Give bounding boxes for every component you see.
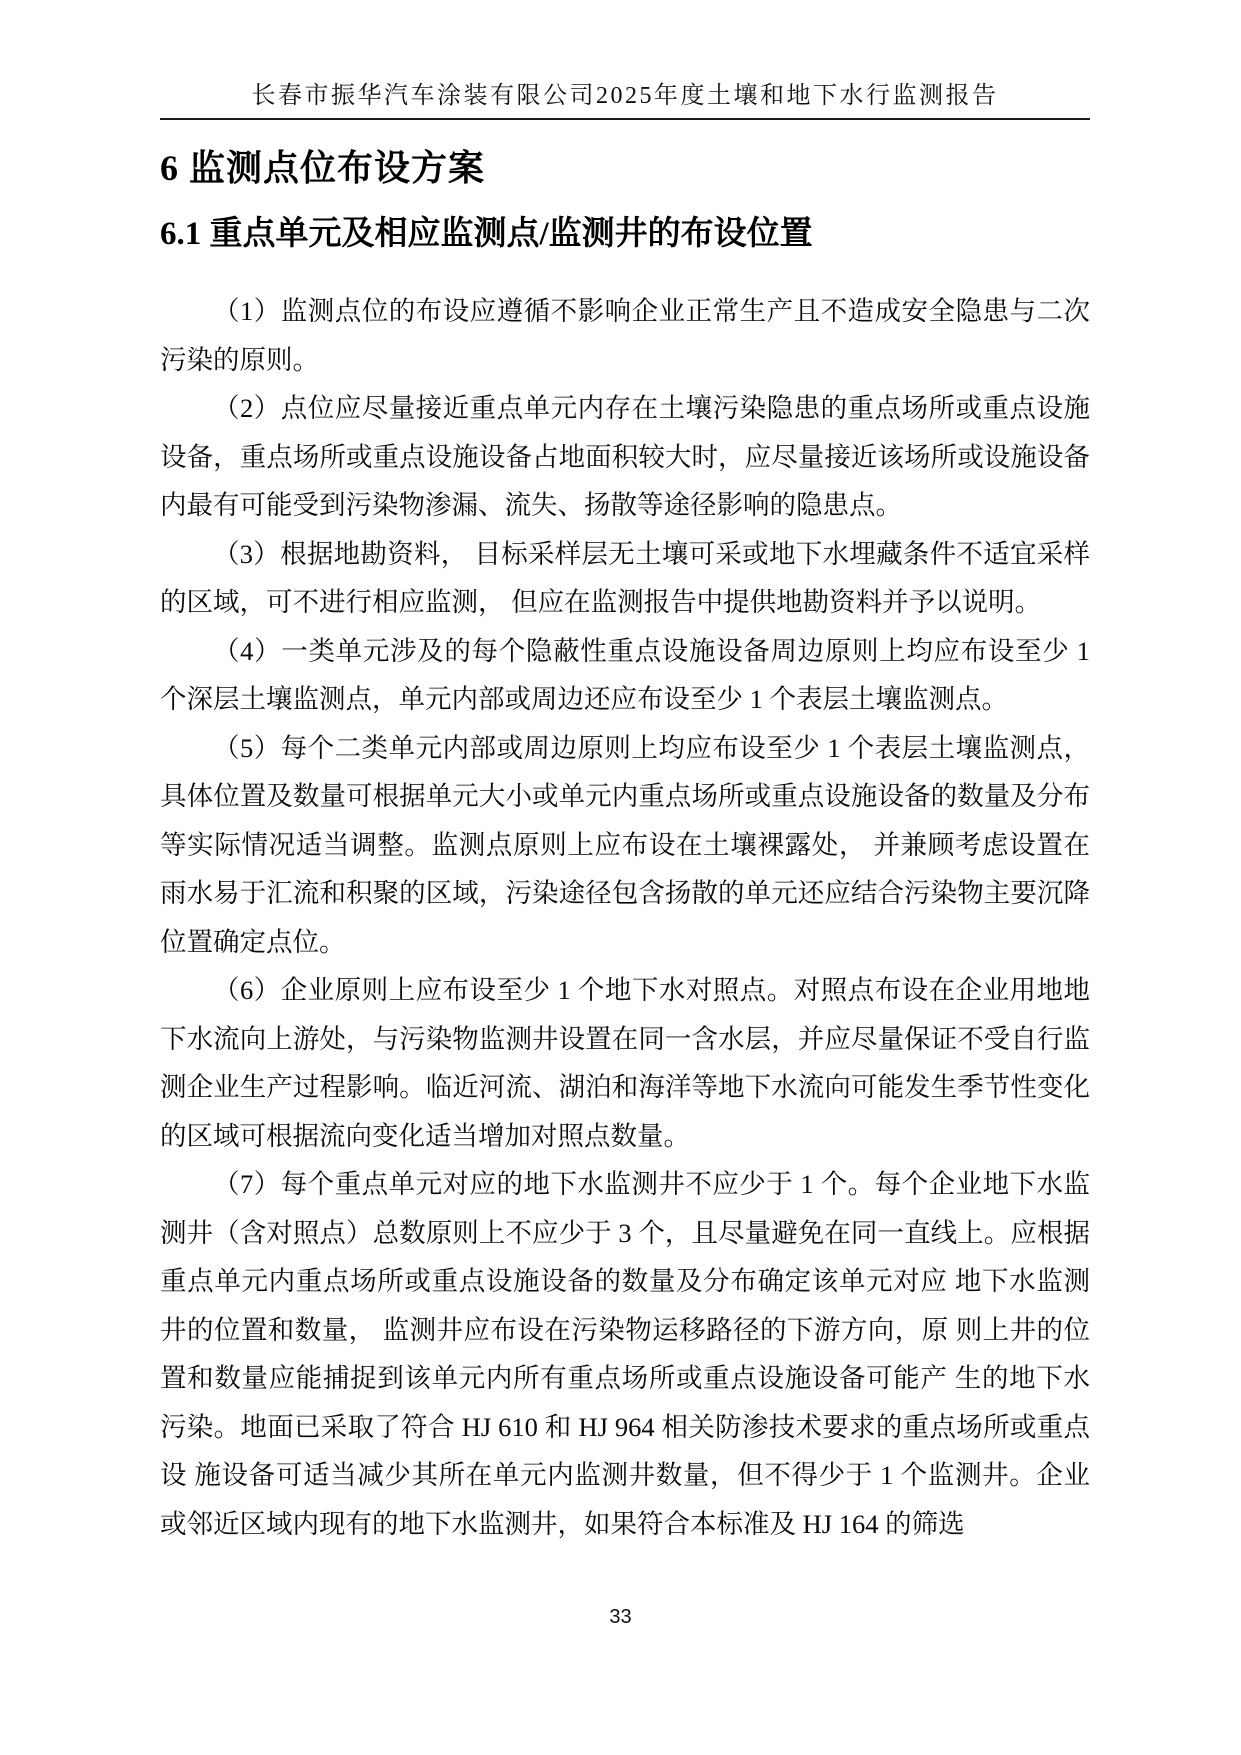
page-header: 长春市振华汽车涂装有限公司2025年度土壤和地下水行监测报告: [160, 0, 1090, 120]
document-page: 长春市振华汽车涂装有限公司2025年度土壤和地下水行监测报告 6 监测点位布设方…: [160, 0, 1090, 1548]
paragraph-3: （3）根据地勘资料， 目标采样层无土壤可采或地下水埋藏条件不适宜采样 的区域，可…: [160, 530, 1090, 627]
paragraph-5: （5）每个二类单元内部或周边原则上均应布设至少 1 个表层土壤监测点，具体位置及…: [160, 724, 1090, 967]
paragraph-1: （1）监测点位的布设应遵循不影响企业正常生产且不造成安全隐患与二次污染的原则。: [160, 287, 1090, 384]
paragraph-7: （7）每个重点单元对应的地下水监测井不应少于 1 个。每个企业地下水监测井（含对…: [160, 1160, 1090, 1548]
body-text: （1）监测点位的布设应遵循不影响企业正常生产且不造成安全隐患与二次污染的原则。 …: [160, 287, 1090, 1548]
paragraph-4: （4）一类单元涉及的每个隐蔽性重点设施设备周边原则上均应布设至少 1 个深层土壤…: [160, 627, 1090, 724]
chapter-heading: 6 监测点位布设方案: [160, 142, 1090, 194]
page-number: 33: [609, 1606, 631, 1628]
page-body: 6 监测点位布设方案 6.1 重点单元及相应监测点/监测井的布设位置 （1）监测…: [160, 142, 1090, 1548]
section-heading: 6.1 重点单元及相应监测点/监测井的布设位置: [160, 210, 1090, 258]
paragraph-2: （2）点位应尽量接近重点单元内存在土壤污染隐患的重点场所或重点设施设备，重点场所…: [160, 384, 1090, 530]
header-title: 长春市振华汽车涂装有限公司2025年度土壤和地下水行监测报告: [160, 82, 1090, 110]
paragraph-6: （6）企业原则上应布设至少 1 个地下水对照点。对照点布设在企业用地地下水流向上…: [160, 966, 1090, 1160]
page-footer: 33: [0, 1606, 1241, 1629]
